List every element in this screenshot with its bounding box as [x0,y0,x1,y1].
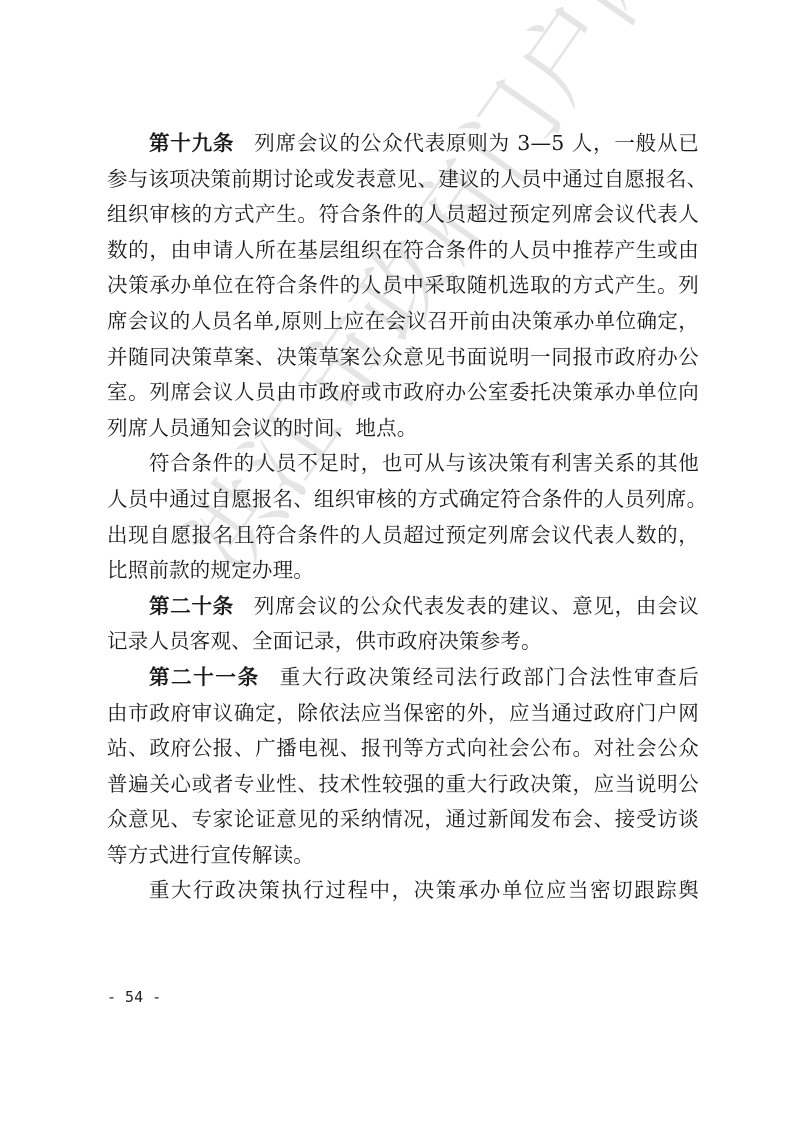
document-body: 第十九条列席会议的公众代表原则为 3—5 人，一般从已 参与该项决策前期讨论或发… [107,126,699,909]
article-21-line-1: 第二十一条重大行政决策经司法行政部门合法性审查后 [107,660,699,696]
text-line: 席会议的人员名单,原则上应在会议召开前由决策承办单位确定， [107,304,699,340]
document-page: 洪江市政府门户网站 第十九条列席会议的公众代表原则为 3—5 人，一般从已 参与… [0,0,793,1122]
text-line: 决策承办单位在符合条件的人员中采取随机选取的方式产生。列 [107,268,699,304]
text-line: 列席人员通知会议的时间、地点。 [107,411,699,447]
page-number: - 54 - [107,988,161,1006]
text-line: 众意见、专家论证意见的采纳情况，通过新闻发布会、接受访谈 [107,802,699,838]
article-heading: 第二十条 [149,594,234,618]
text-line: 数的，由申请人所在基层组织在符合条件的人员中推荐产生或由 [107,233,699,269]
text-line: 符合条件的人员不足时，也可从与该决策有利害关系的其他 [107,446,699,482]
text-line: 出现自愿报名且符合条件的人员超过预定列席会议代表人数的， [107,518,699,554]
text-line: 站、政府公报、广播电视、报刊等方式向社会公布。对社会公众 [107,731,699,767]
text-line: 参与该项决策前期讨论或发表意见、建议的人员中通过自愿报名、 [107,162,699,198]
article-19-line-1: 第十九条列席会议的公众代表原则为 3—5 人，一般从已 [107,126,699,162]
article-20-line-1: 第二十条列席会议的公众代表发表的建议、意见，由会议 [107,589,699,625]
text-line: 比照前款的规定办理。 [107,553,699,589]
article-heading: 第二十一条 [149,665,260,689]
text-line: 室。列席会议人员由市政府或市政府办公室委托决策承办单位向 [107,375,699,411]
paragraph-text: 列席会议的公众代表原则为 3—5 人，一般从已 [254,131,699,155]
text-line: 并随同决策草案、决策草案公众意见书面说明一同报市政府办公 [107,340,699,376]
text-line: 人员中通过自愿报名、组织审核的方式确定符合条件的人员列席。 [107,482,699,518]
paragraph-text: 列席会议的公众代表发表的建议、意见，由会议 [254,594,699,618]
text-line: 由市政府审议确定，除依法应当保密的外，应当通过政府门户网 [107,696,699,732]
text-line: 等方式进行宣传解读。 [107,838,699,874]
text-line: 记录人员客观、全面记录，供市政府决策参考。 [107,624,699,660]
text-line: 组织审核的方式产生。符合条件的人员超过预定列席会议代表人 [107,197,699,233]
text-line: 重大行政决策执行过程中，决策承办单位应当密切跟踪舆 [107,873,699,909]
article-heading: 第十九条 [149,131,234,155]
paragraph-text: 重大行政决策经司法行政部门合法性审查后 [280,665,699,689]
text-line: 普遍关心或者专业性、技术性较强的重大行政决策，应当说明公 [107,767,699,803]
